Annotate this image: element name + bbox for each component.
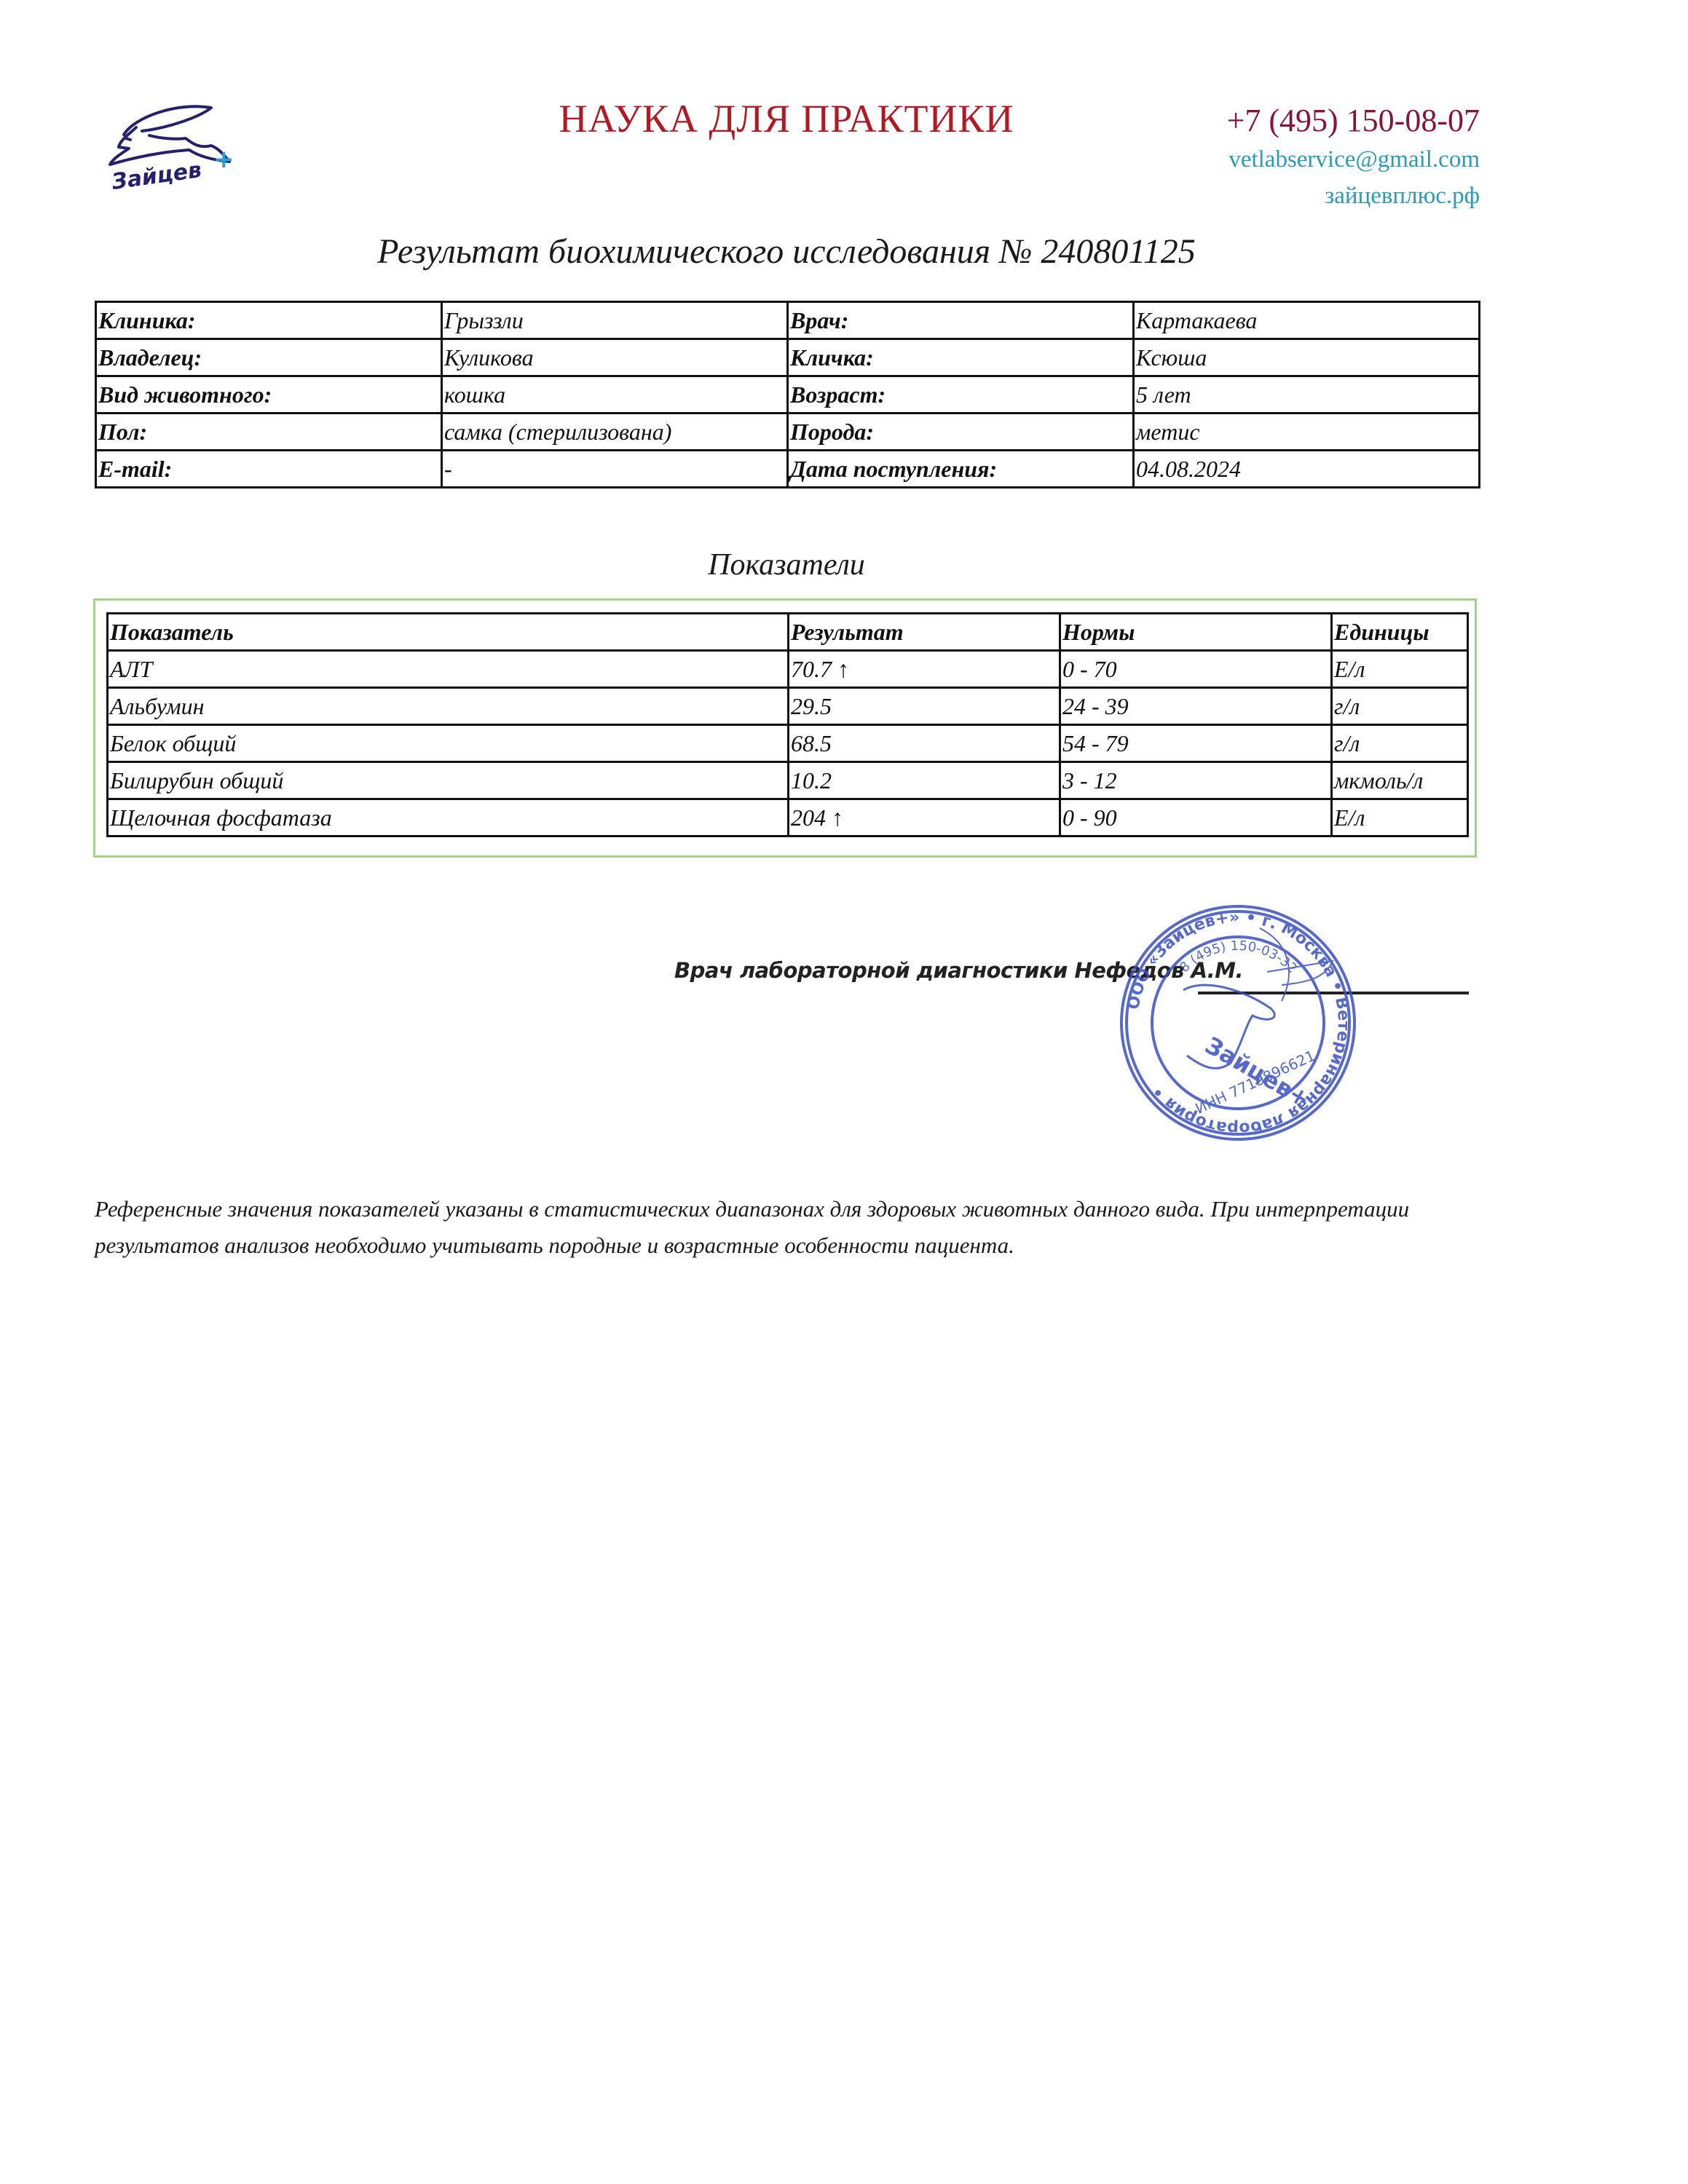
svg-text:Зайцев: Зайцев (109, 157, 203, 195)
results-row: Альбумин29.524 - 39г/л (108, 688, 1468, 725)
slogan: НАУКА ДЛЯ ПРАКТИКИ (510, 96, 1063, 141)
norm-range: 54 - 79 (1060, 725, 1332, 762)
unit: г/л (1332, 688, 1468, 725)
patient-info-row: Вид животного:кошкаВозраст:5 лет (96, 376, 1480, 414)
indicator-name: Белок общий (108, 725, 789, 762)
patient-info-row: E-mail:-Дата поступления:04.08.2024 (96, 451, 1480, 488)
info-label: Порода: (788, 414, 1134, 451)
info-label: Дата поступления: (788, 451, 1134, 488)
norm-range: 3 - 12 (1060, 762, 1332, 799)
column-header-result: Результат (789, 614, 1060, 651)
indicator-name: Альбумин (108, 688, 789, 725)
info-label: Клиника: (96, 302, 442, 339)
phone-number[interactable]: +7 (495) 150-08-07 (1227, 100, 1480, 141)
info-label: Кличка: (788, 339, 1134, 376)
contacts-block: +7 (495) 150-08-07 vetlabservice@gmail.c… (1227, 100, 1480, 214)
email-link[interactable]: vetlabservice@gmail.com (1227, 141, 1480, 178)
column-header-norms: Нормы (1060, 614, 1332, 651)
info-value: Ксюша (1134, 339, 1480, 376)
result-value: 29.5 (789, 688, 1060, 725)
svg-text:8 (495) 150-03-32: 8 (495) 150-03-32 (1177, 938, 1300, 976)
patient-info-row: Клиника:ГрыззлиВрач:Картакаева (96, 302, 1480, 339)
norm-range: 0 - 70 (1060, 651, 1332, 688)
info-label: Пол: (96, 414, 442, 451)
results-header-row: Показатель Результат Нормы Единицы (108, 614, 1468, 651)
patient-info-row: Пол:самка (стерилизована)Порода:метис (96, 414, 1480, 451)
info-value: Грыззли (442, 302, 788, 339)
results-frame: Показатель Результат Нормы Единицы АЛТ70… (93, 598, 1477, 858)
info-label: Владелец: (96, 339, 442, 376)
results-row: Билирубин общий10.23 - 12мкмоль/л (108, 762, 1468, 799)
results-row: Щелочная фосфатаза204 ↑0 - 90Е/л (108, 799, 1468, 836)
info-value: кошка (442, 376, 788, 414)
company-logo: Зайцев + (91, 87, 248, 204)
info-value: Куликова (442, 339, 788, 376)
info-label: E-mail: (96, 451, 442, 488)
info-value: самка (стерилизована) (442, 414, 788, 451)
document-title: Результат биохимического исследования № … (95, 232, 1478, 272)
patient-info-row: Владелец:КуликоваКличка:Ксюша (96, 339, 1480, 376)
results-row: АЛТ70.7 ↑0 - 70Е/л (108, 651, 1468, 688)
indicator-name: Щелочная фосфатаза (108, 799, 789, 836)
unit: г/л (1332, 725, 1468, 762)
unit: Е/л (1332, 651, 1468, 688)
unit: мкмоль/л (1332, 762, 1468, 799)
norm-range: 24 - 39 (1060, 688, 1332, 725)
results-section-title: Показатели (95, 547, 1478, 582)
norm-range: 0 - 90 (1060, 799, 1332, 836)
indicator-name: АЛТ (108, 651, 789, 688)
column-header-units: Единицы (1332, 614, 1468, 651)
result-value: 204 ↑ (789, 799, 1060, 836)
reference-footnote: Референсные значения показателей указаны… (95, 1191, 1478, 1264)
website-link[interactable]: зайцевплюс.рф (1227, 178, 1480, 214)
info-value: 04.08.2024 (1134, 451, 1480, 488)
patient-info-table: Клиника:ГрыззлиВрач:КартакаеваВладелец:К… (95, 301, 1480, 488)
result-value: 10.2 (789, 762, 1060, 799)
info-value: Картакаева (1134, 302, 1480, 339)
info-value: - (442, 451, 788, 488)
result-value: 68.5 (789, 725, 1060, 762)
round-stamp-icon: ООО «Зайцев+» • г. Москва • Ветеринарная… (1114, 899, 1362, 1147)
info-label: Вид животного: (96, 376, 442, 414)
info-value: метис (1134, 414, 1480, 451)
info-value: 5 лет (1134, 376, 1480, 414)
hare-logo-icon: Зайцев + (91, 87, 248, 204)
stamp: ООО «Зайцев+» • г. Москва • Ветеринарная… (1114, 899, 1362, 1147)
column-header-indicator: Показатель (108, 614, 789, 651)
info-label: Возраст: (788, 376, 1134, 414)
svg-text:+: + (213, 145, 234, 174)
unit: Е/л (1332, 799, 1468, 836)
results-table: Показатель Результат Нормы Единицы АЛТ70… (106, 612, 1469, 837)
indicator-name: Билирубин общий (108, 762, 789, 799)
result-value: 70.7 ↑ (789, 651, 1060, 688)
info-label: Врач: (788, 302, 1134, 339)
results-row: Белок общий68.554 - 79г/л (108, 725, 1468, 762)
